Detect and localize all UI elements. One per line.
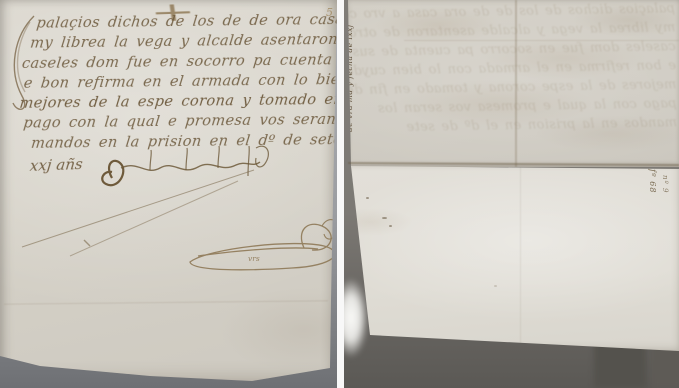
recto-photo: + 5 palaçios dichos de los de de ora cas… (0, 0, 337, 388)
diagonal-flourish-icon (22, 170, 254, 256)
date-line: xxj añs (29, 155, 84, 175)
ink-speck (494, 285, 497, 287)
ink-bleedthrough-text: palaçios dichos de los de de ora casa a … (357, 0, 677, 138)
verso-paper-lower: fº 68 nº 9 (344, 165, 679, 355)
manuscript-text-block: palaçios dichos de los de de ora casa a … (8, 10, 337, 154)
horizontal-crease-faint (404, 40, 679, 41)
verso-photo: palaçios dichos de los de de ora casa a … (344, 0, 679, 388)
docket-annotation-vertical: de vra md y fecha de lxxj (346, 4, 363, 132)
photo-gutter-divider (337, 0, 344, 388)
manuscript-line: mandos en la prision en el dº de sete (30, 130, 327, 154)
rubric-caption: vrs (248, 254, 260, 263)
verso-paper-upper: palaçios dichos de los de de ora casa a … (344, 0, 679, 167)
ink-speck (382, 217, 387, 219)
recto-paper: + 5 palaçios dichos de los de de ora cas… (0, 0, 337, 388)
ink-speck (389, 225, 392, 227)
vertical-crease-faint (520, 165, 521, 345)
vertical-fold-crease (515, 0, 517, 167)
bottom-rubric-icon (190, 220, 337, 270)
light-reflection (344, 278, 368, 358)
recto-fold-crease (4, 300, 328, 304)
manuscript-photo-spread: + 5 palaçios dichos de los de de ora cas… (0, 0, 679, 388)
archival-number-vertical: nº 9 (656, 175, 669, 275)
ink-speck (366, 197, 369, 199)
